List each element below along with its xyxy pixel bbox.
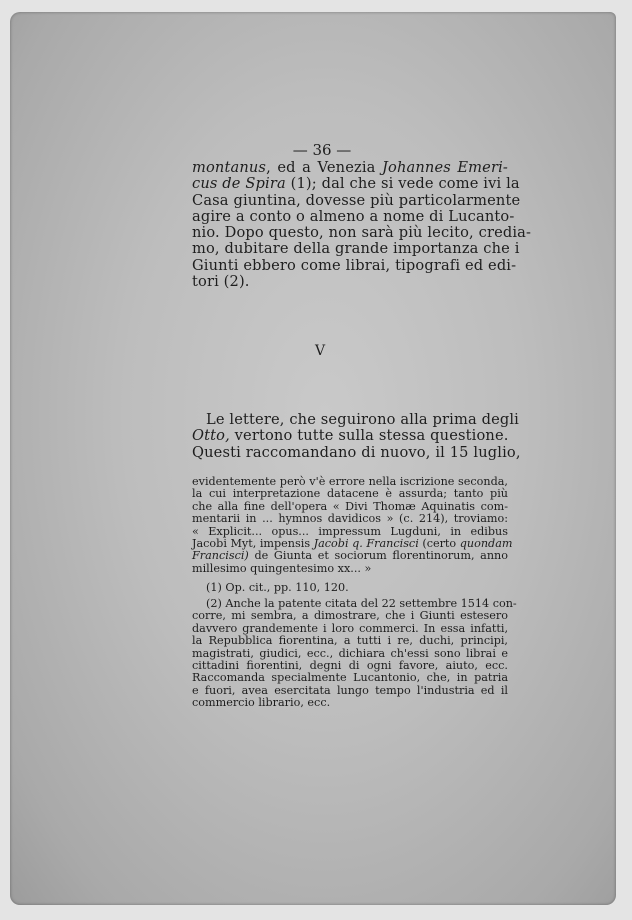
text-line: tori (2). [192,274,508,290]
text-line: Casa giuntina, dovesse più particolarmen… [192,193,508,209]
paragraph-continued: montanus, ed a Venezia Johannes Emeri-cu… [192,160,508,290]
text-line: Questi raccomandano di nuovo, il 15 lugl… [192,445,508,461]
text-line: millesimo quingentesimo xx... » [192,563,508,575]
text-line: agire a conto o almeno a nome di Lucanto… [192,209,508,225]
text-line: commercio librario, ecc. [192,697,508,709]
footnote-2: (2) Anche la patente citata del 22 sette… [192,598,508,710]
section-heading: V [4,343,632,359]
footnote-1: (1) Op. cit., pp. 110, 120. [192,582,508,594]
text-line: montanus, ed a Venezia Johannes Emeri- [192,160,508,176]
text-line: nio. Dopo questo, non sarà più lecito, c… [192,225,508,241]
page-number: — 36 — [6,141,632,159]
text-line: Otto, vertono tutte sulla stessa questio… [192,428,508,444]
paragraph-new: Le lettere, che seguirono alla prima deg… [192,412,508,461]
text-line: Giunti ebbero come librai, tipografi ed … [192,258,508,274]
footnote-continued: evidentemente però v'è errore nella iscr… [192,476,508,575]
text-line: cus de Spira (1); dal che si vede come i… [192,176,508,192]
text-line: Le lettere, che seguirono alla prima deg… [192,412,508,428]
footnote-1-text: (1) Op. cit., pp. 110, 120. [206,581,349,594]
text-line: mo, dubitare della grande importanza che… [192,241,508,257]
